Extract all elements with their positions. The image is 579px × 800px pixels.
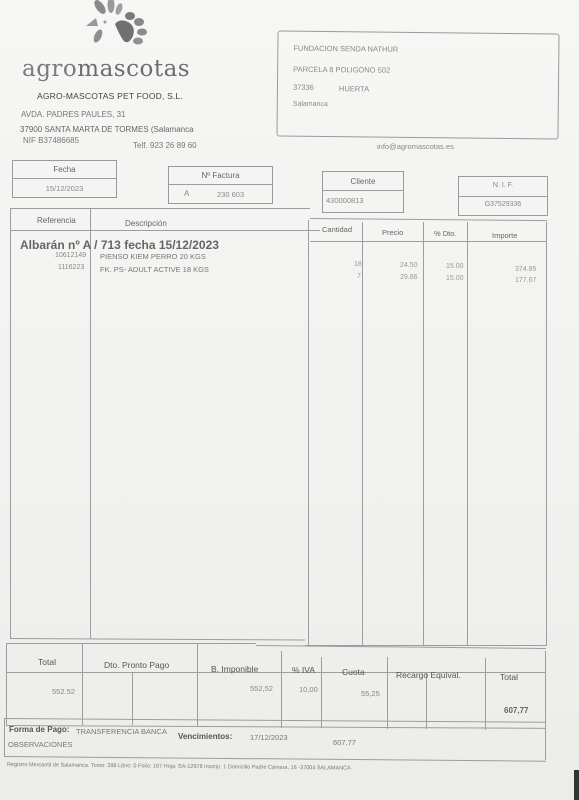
client-nif-value: G37529336 xyxy=(459,201,547,208)
base-imponible-value: 552,52 xyxy=(250,684,273,693)
scan-edge-shadow xyxy=(574,770,579,800)
legal-registry-footer: Registro Mercantil de Salamanca. Tomo: 3… xyxy=(7,762,351,772)
albaran-heading: Albarán nº A / 713 fecha 15/12/2023 xyxy=(20,238,219,252)
row-dto: 15.00 xyxy=(446,263,464,270)
total-label: Total xyxy=(38,657,56,667)
row-referencia: 1116223 xyxy=(58,264,84,271)
brand-logo-text: agromascotas xyxy=(22,56,190,82)
paw-print-leaf-icon xyxy=(78,0,158,48)
row-importe: 374.85 xyxy=(515,266,536,273)
date-box: Fecha 15/12/2023 xyxy=(12,160,117,198)
row-importe: 177.67 xyxy=(515,277,536,284)
issuer-address-line1: AVDA. PADRES PAULES, 31 xyxy=(21,110,125,119)
invoice-number-box: Nº Factura A 230 603 xyxy=(168,166,273,204)
payment-method-value: TRANSFERENCIA BANCA xyxy=(76,727,167,736)
iva-value: 10,00 xyxy=(299,685,318,694)
issuer-company-name: AGRO-MASCOTAS PET FOOD, S.L. xyxy=(37,91,183,101)
invoice-number-value: 230 603 xyxy=(217,190,244,199)
invoice-series: A xyxy=(184,189,189,198)
date-label: Fecha xyxy=(13,165,116,174)
due-label: Vencimientos: xyxy=(178,732,232,741)
observations-label: OBSERVACIONES xyxy=(8,740,72,749)
row-descripcion: PIENSO KIEM PERRO 20 KGS xyxy=(100,252,206,261)
payment-method-label: Forma de Pago: xyxy=(9,725,69,734)
invoice-number-label: Nº Factura xyxy=(169,171,272,180)
client-value: 430000813 xyxy=(326,196,364,205)
brand-part-agro: agro xyxy=(22,56,77,82)
recipient-address: PARCELA 8 POLIGONO 502 xyxy=(293,65,390,75)
header-referencia: Referencia xyxy=(37,216,76,225)
row-referencia: 10612149 xyxy=(55,252,86,259)
cuota-label: Cuota xyxy=(342,667,365,677)
client-box: Cliente 430000813 xyxy=(322,171,404,213)
recipient-postal-code: 37336 xyxy=(293,83,314,92)
row-cantidad: 7 xyxy=(357,273,361,280)
grand-total-label: Total xyxy=(500,672,518,682)
client-nif-label: N. I. F. xyxy=(459,182,547,189)
grand-total-value: 607,77 xyxy=(504,706,528,715)
recipient-box: FUNDACION SENDA NATHUR PARCELA 8 POLIGON… xyxy=(276,31,559,140)
row-cantidad: 18 xyxy=(354,261,362,268)
row-precio: 24.50 xyxy=(400,262,418,269)
brand-part-mascotas: mascotas xyxy=(77,56,190,82)
total-value: 552.52 xyxy=(52,687,75,696)
issuer-nif: NIF B37486685 xyxy=(23,136,79,145)
items-table: Referencia Descripción Cantidad Precio %… xyxy=(10,208,547,648)
issuer-address-line2: 37900 SANTA MARTA DE TORMES (Salamanca xyxy=(20,125,194,134)
client-label: Cliente xyxy=(323,177,403,186)
issuer-email[interactable]: info@agromascotas.es xyxy=(377,142,454,151)
header-dto: % Dto. xyxy=(434,229,457,238)
header-descripcion: Descripción xyxy=(125,219,167,228)
recipient-city: HUERTA xyxy=(339,84,369,93)
row-precio: 29.86 xyxy=(400,274,418,281)
dto-pronto-pago-label: Dto. Pronto Pago xyxy=(104,660,169,670)
row-descripcion: FK. PS- ADULT ACTIVE 18 KGS xyxy=(100,265,209,274)
due-date: 17/12/2023 xyxy=(250,733,288,742)
header-importe: Importe xyxy=(492,231,517,240)
invoice-page: agromascotas AGRO-MASCOTAS PET FOOD, S.L… xyxy=(0,0,579,800)
row-dto: 15.00 xyxy=(446,275,464,282)
iva-label: % IVA xyxy=(292,665,315,675)
recipient-province: Salamanca xyxy=(293,101,328,108)
issuer-phone: Telf. 923 26 89 60 xyxy=(133,141,197,150)
base-imponible-label: B. Imponible xyxy=(211,664,258,674)
date-value: 15/12/2023 xyxy=(13,184,116,193)
recipient-name: FUNDACION SENDA NATHUR xyxy=(293,44,398,54)
recargo-equival-label: Recargo Equival. xyxy=(396,670,461,680)
due-amount: 607,77 xyxy=(333,738,356,747)
cuota-value: 55,25 xyxy=(361,689,380,698)
header-precio: Precio xyxy=(382,228,403,237)
header-cantidad: Cantidad xyxy=(322,225,352,234)
